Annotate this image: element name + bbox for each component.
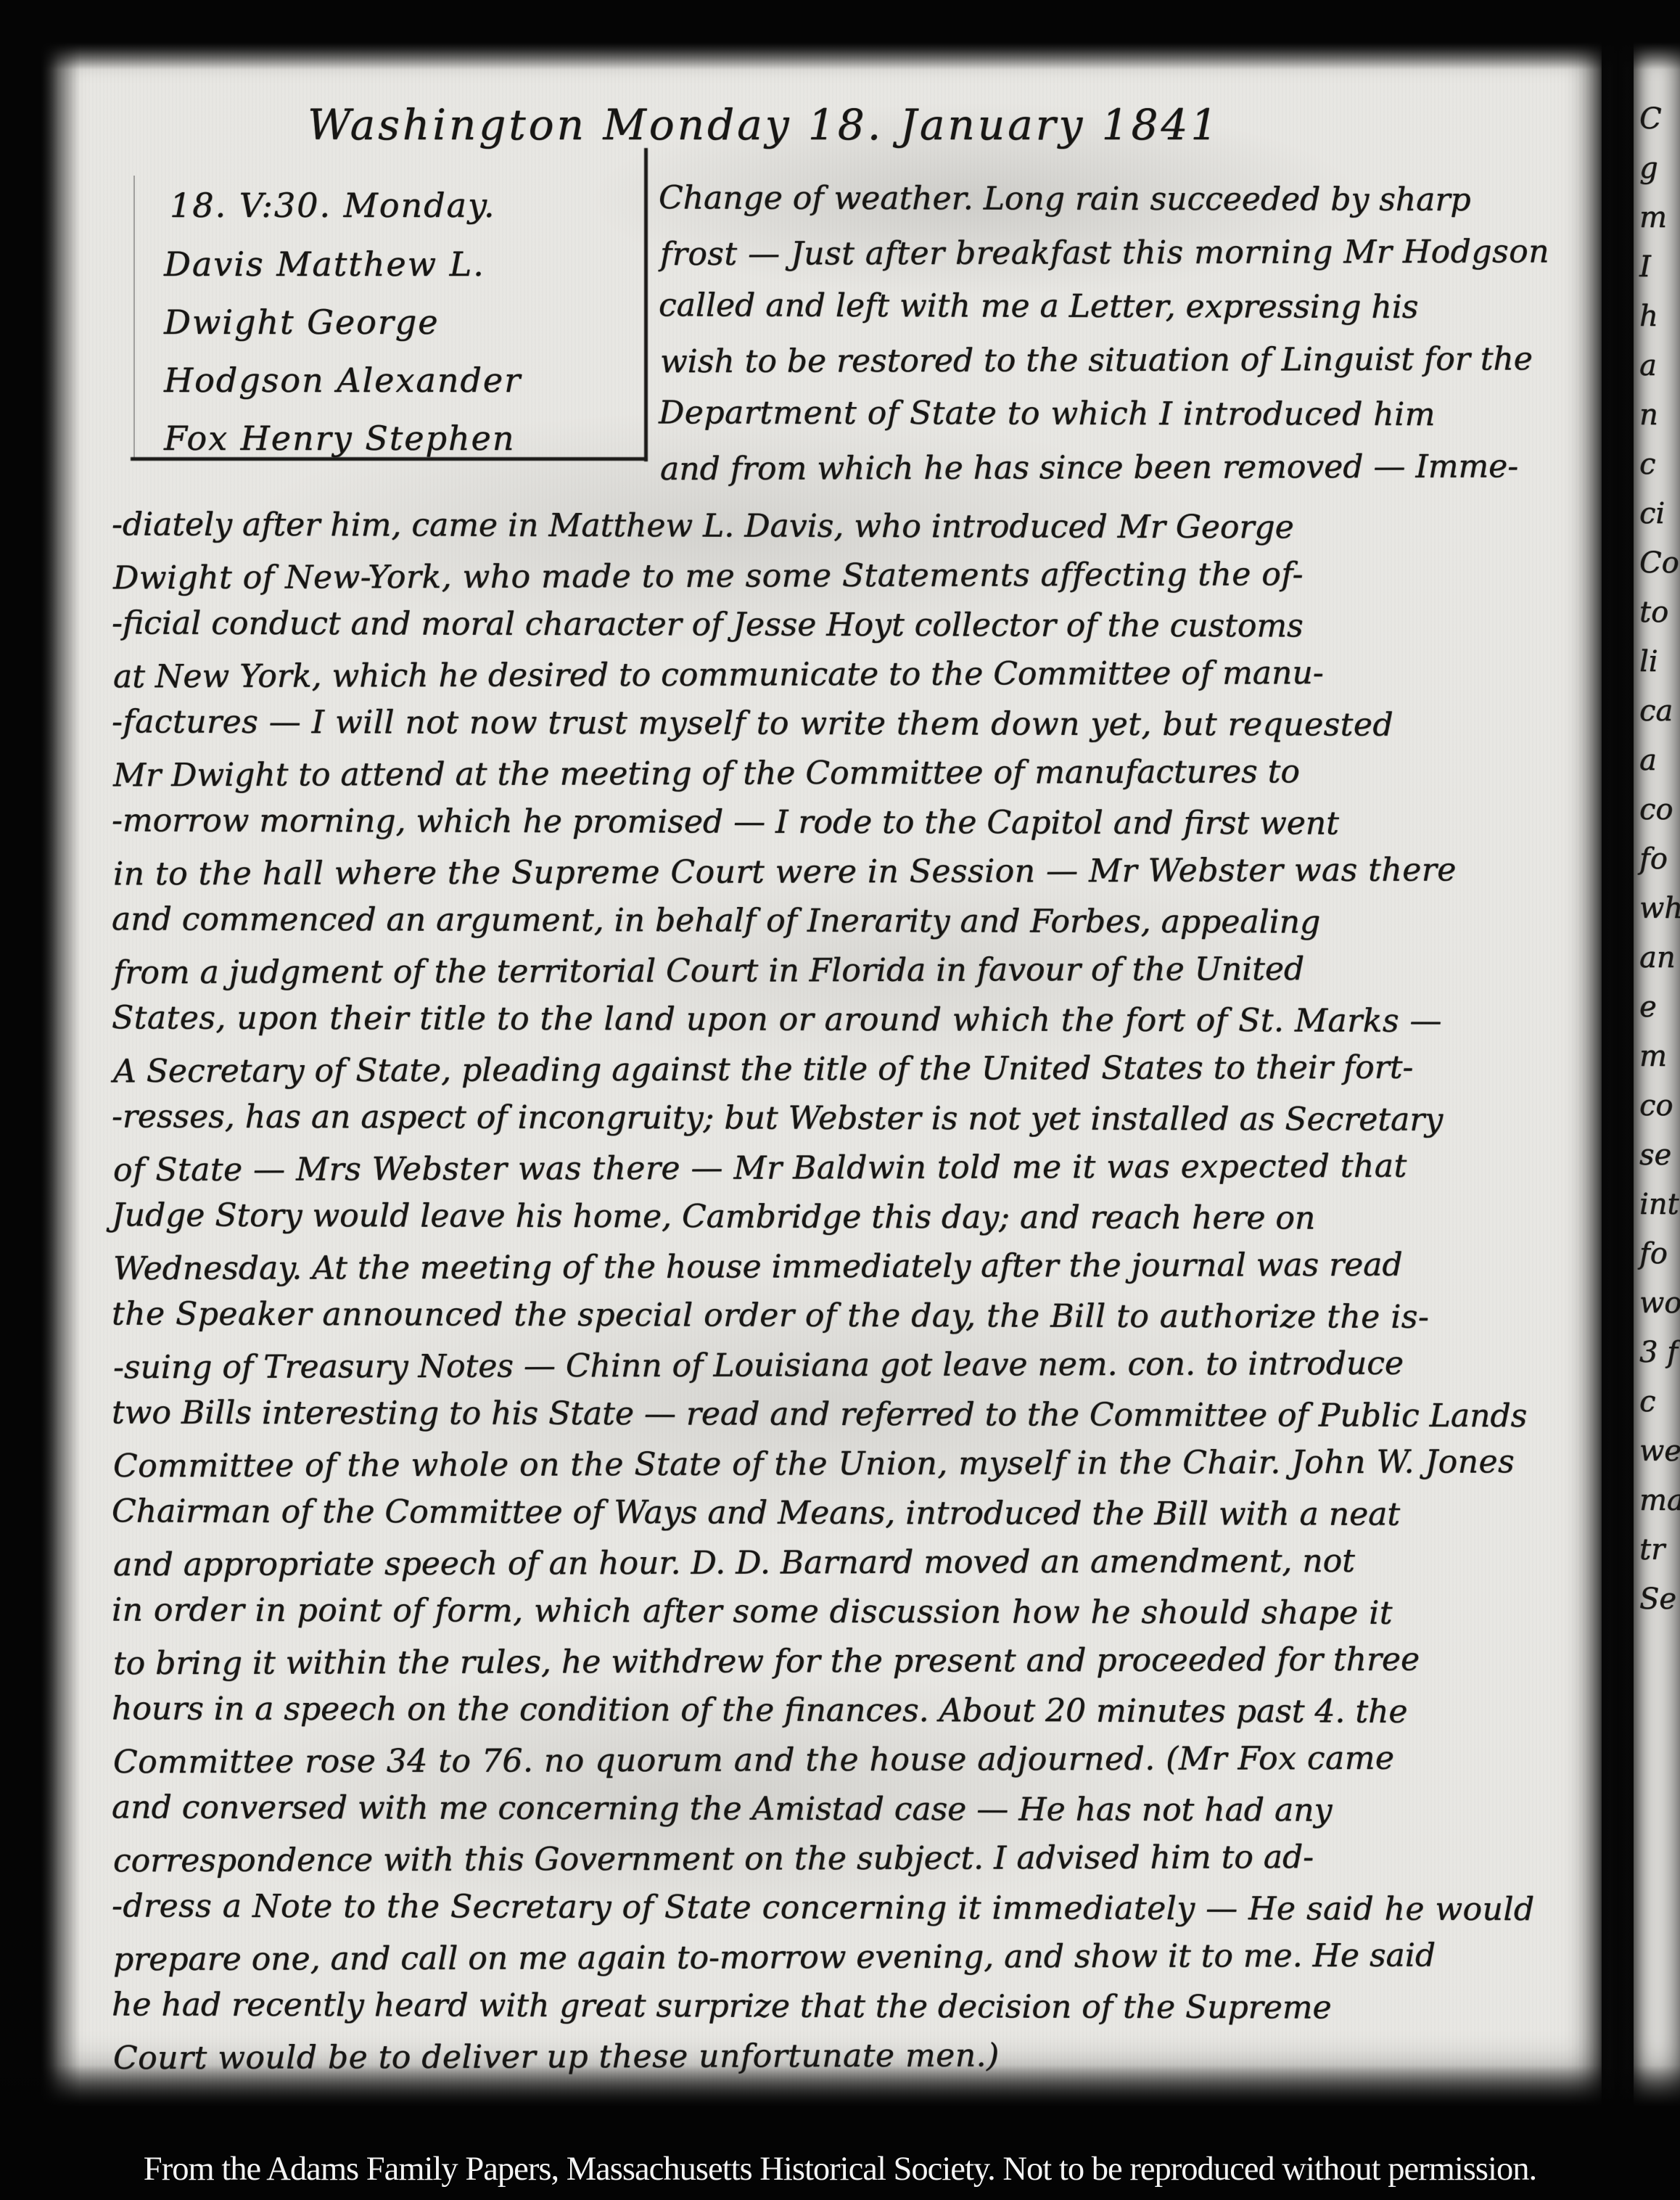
- manuscript-fragment: wo: [1634, 1278, 1680, 1328]
- manuscript-fragment: ma: [1634, 1476, 1680, 1525]
- manuscript-fragment: I: [1634, 242, 1680, 292]
- manuscript-line: he had recently heard with great surpriz…: [112, 1980, 1602, 2033]
- manuscript-line: Department of State to which I introduce…: [659, 386, 1602, 442]
- manuscript-line: Mr Dwight to attend at the meeting of th…: [113, 747, 1602, 801]
- manuscript-fragment: C: [1634, 94, 1680, 144]
- film-border-top: [0, 0, 1680, 70]
- manuscript-line: A Secretary of State, pleading against t…: [113, 1043, 1602, 1097]
- manuscript-line: and from which he has since been removed…: [660, 440, 1602, 496]
- visitor-names-box: 18. V:30. Monday. Davis Matthew L. Dwigh…: [133, 176, 634, 460]
- manuscript-line: -suing of Treasury Notes — Chinn of Loui…: [113, 1339, 1602, 1393]
- manuscript-line: Change of weather. Long rain succeeded b…: [659, 171, 1602, 227]
- entry-dateline: Washington Monday 18. January 1841: [308, 100, 1220, 149]
- manuscript-fragment: co: [1634, 1081, 1680, 1130]
- manuscript-fragment: wh: [1634, 884, 1680, 933]
- manuscript-line: -ficial conduct and moral character of J…: [112, 599, 1602, 652]
- visitor-name: Dwight George: [135, 293, 634, 351]
- manuscript-fragment: h: [1634, 292, 1680, 341]
- manuscript-fragment: e: [1634, 982, 1680, 1032]
- manuscript-fragment: fo: [1634, 1229, 1680, 1278]
- page-gutter-shadow: [1599, 0, 1636, 2107]
- manuscript-fragment: ci: [1634, 489, 1680, 538]
- manuscript-line: and commenced an argument, in behalf of …: [112, 895, 1602, 948]
- manuscript-line: Committee rose 34 to 76. no quorum and t…: [113, 1733, 1602, 1788]
- manuscript-fragment: se: [1634, 1130, 1680, 1180]
- margin-box-divider: [644, 148, 648, 461]
- manuscript-fragment: c: [1634, 1377, 1680, 1427]
- manuscript-line: Committee of the whole on the State of t…: [113, 1437, 1602, 1492]
- next-page-fragments: C g m I h a n c ci Co to li: [1634, 94, 1680, 1624]
- manuscript-line: hours in a speech on the condition of th…: [112, 1684, 1602, 1737]
- manuscript-fragment: Co: [1634, 538, 1680, 588]
- visitor-name: Hodgson Alexander: [135, 351, 634, 409]
- manuscript-line: from a judgment of the territorial Court…: [113, 944, 1602, 998]
- manuscript-line: of State — Mrs Webster was there — Mr Ba…: [113, 1141, 1602, 1196]
- film-border-left: [0, 0, 80, 2200]
- diary-body: -diately after him, came in Matthew L. D…: [112, 502, 1602, 2081]
- manuscript-fragment: Se: [1634, 1575, 1680, 1624]
- manuscript-fragment: a: [1634, 736, 1680, 785]
- manuscript-line: Dwight of New-York, who made to me some …: [113, 549, 1602, 604]
- manuscript-line: to bring it within the rules, he withdre…: [113, 1635, 1602, 1689]
- next-page-strip: C g m I h a n c ci Co to li: [1634, 33, 1680, 2107]
- manuscript-fragment: we: [1634, 1427, 1680, 1476]
- manuscript-fragment: m: [1634, 193, 1680, 242]
- manuscript-fragment: c: [1634, 440, 1680, 489]
- manuscript-fragment: g: [1634, 144, 1680, 193]
- manuscript-fragment: li: [1634, 637, 1680, 686]
- manuscript-fragment: m: [1634, 1032, 1680, 1081]
- manuscript-line: -diately after him, came in Matthew L. D…: [112, 500, 1602, 553]
- manuscript-line: Wednesday. At the meeting of the house i…: [113, 1240, 1602, 1294]
- manuscript-fragment: ca: [1634, 686, 1680, 736]
- manuscript-line: prepare one, and call on me again to-mor…: [113, 1931, 1602, 1985]
- manuscript-fragment: a: [1634, 341, 1680, 390]
- manuscript-line: and conversed with me concerning the Ami…: [112, 1783, 1602, 1836]
- manuscript-line: -resses, has an aspect of incongruity; b…: [112, 1092, 1602, 1145]
- credit-caption: From the Adams Family Papers, Massachuse…: [9, 2149, 1672, 2188]
- manuscript-line: two Bills interesting to his State — rea…: [112, 1388, 1602, 1441]
- manuscript-line: called and left with me a Letter, expres…: [659, 279, 1602, 334]
- visitor-name: Davis Matthew L.: [135, 235, 634, 293]
- manuscript-line: and appropriate speech of an hour. D. D.…: [113, 1536, 1602, 1591]
- visitor-name: Fox Henry Stephen: [135, 409, 634, 467]
- manuscript-line: -morrow morning, which he promised — I r…: [112, 796, 1602, 849]
- manuscript-fragment: tr: [1634, 1525, 1680, 1575]
- manuscript-fragment: co: [1634, 785, 1680, 834]
- manuscript-line: the Speaker announced the special order …: [112, 1289, 1602, 1342]
- intro-paragraph: Change of weather. Long rain succeeded b…: [659, 173, 1602, 495]
- manuscript-page: Washington Monday 18. January 1841 18. V…: [38, 33, 1602, 2107]
- manuscript-line: wish to be restored to the situation of …: [660, 332, 1602, 389]
- manuscript-line: frost — Just after breakfast this mornin…: [660, 225, 1602, 282]
- manuscript-line: Chairman of the Committee of Ways and Me…: [112, 1487, 1602, 1540]
- manuscript-fragment: n: [1634, 390, 1680, 440]
- microfilm-scan: Washington Monday 18. January 1841 18. V…: [0, 0, 1680, 2200]
- manuscript-fragment: fo: [1634, 834, 1680, 884]
- time-heading: 18. V:30. Monday.: [135, 176, 634, 235]
- manuscript-line: -dress a Note to the Secretary of State …: [112, 1881, 1602, 1934]
- manuscript-line: at New York, which he desired to communi…: [113, 648, 1602, 702]
- manuscript-fragment: 3 f: [1634, 1328, 1680, 1377]
- manuscript-line: in to the hall where the Supreme Court w…: [113, 845, 1602, 900]
- manuscript-fragment: to: [1634, 588, 1680, 637]
- manuscript-line: in order in point of form, which after s…: [112, 1585, 1602, 1638]
- manuscript-line: Judge Story would leave his home, Cambri…: [112, 1191, 1602, 1244]
- manuscript-line: -factures — I will not now trust myself …: [112, 697, 1602, 750]
- manuscript-line: States, upon their title to the land upo…: [112, 993, 1602, 1046]
- visitor-name-list: Davis Matthew L. Dwight George Hodgson A…: [135, 235, 634, 467]
- manuscript-fragment: an: [1634, 933, 1680, 982]
- manuscript-fragment: int: [1634, 1180, 1680, 1229]
- manuscript-line: correspondence with this Government on t…: [113, 1832, 1602, 1887]
